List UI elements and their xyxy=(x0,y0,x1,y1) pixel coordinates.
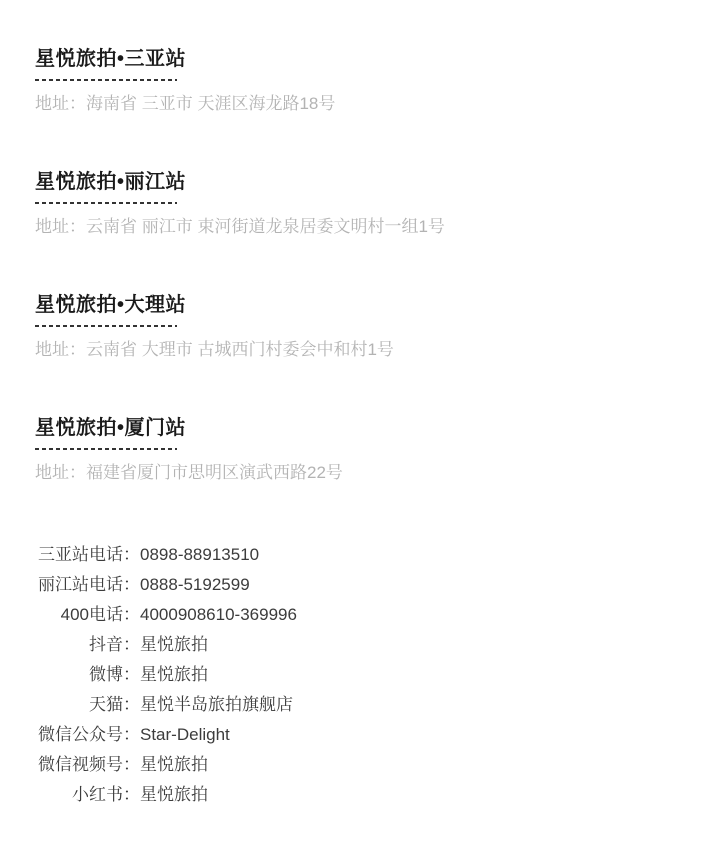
station-section-sanya: 星悦旅拍•三亚站 地址：海南省 三亚市 天涯区海龙路18号 xyxy=(35,48,690,114)
contact-value: 4000908610-369996 xyxy=(140,600,297,630)
station-title: 星悦旅拍•大理站 xyxy=(35,294,690,316)
contact-row-lijiang-phone: 丽江站电话： 0888-5192599 xyxy=(35,570,690,600)
contact-value: 星悦旅拍 xyxy=(140,780,208,810)
contact-label: 抖音： xyxy=(35,630,140,660)
dashed-divider xyxy=(35,202,177,204)
contact-value: 0888-5192599 xyxy=(140,570,250,600)
contact-row-weibo: 微博： 星悦旅拍 xyxy=(35,660,690,690)
station-address: 地址：福建省厦门市思明区演武西路22号 xyxy=(35,463,690,483)
contact-value: 星悦旅拍 xyxy=(140,630,208,660)
contact-row-douyin: 抖音： 星悦旅拍 xyxy=(35,630,690,660)
contact-label: 三亚站电话： xyxy=(35,540,140,570)
contact-label: 400电话： xyxy=(35,600,140,630)
contact-row-400-phone: 400电话： 4000908610-369996 xyxy=(35,600,690,630)
station-address: 地址：云南省 大理市 古城西门村委会中和村1号 xyxy=(35,340,690,360)
contact-row-wechat-video: 微信视频号： 星悦旅拍 xyxy=(35,750,690,780)
station-address: 地址：海南省 三亚市 天涯区海龙路18号 xyxy=(35,94,690,114)
contact-row-sanya-phone: 三亚站电话： 0898-88913510 xyxy=(35,540,690,570)
station-section-xiamen: 星悦旅拍•厦门站 地址：福建省厦门市思明区演武西路22号 xyxy=(35,417,690,483)
contact-row-wechat-official: 微信公众号： Star-Delight xyxy=(35,720,690,750)
contact-value: 星悦半岛旅拍旗舰店 xyxy=(140,690,293,720)
contact-value: Star-Delight xyxy=(140,720,230,750)
contact-row-tmall: 天猫： 星悦半岛旅拍旗舰店 xyxy=(35,690,690,720)
station-title: 星悦旅拍•厦门站 xyxy=(35,417,690,439)
contact-label: 微博： xyxy=(35,660,140,690)
contact-row-xiaohongshu: 小红书： 星悦旅拍 xyxy=(35,780,690,810)
contact-value: 星悦旅拍 xyxy=(140,750,208,780)
contact-label: 微信视频号： xyxy=(35,750,140,780)
station-section-dali: 星悦旅拍•大理站 地址：云南省 大理市 古城西门村委会中和村1号 xyxy=(35,294,690,360)
contact-label: 小红书： xyxy=(35,780,140,810)
station-title: 星悦旅拍•三亚站 xyxy=(35,48,690,70)
dashed-divider xyxy=(35,325,177,327)
contact-value: 星悦旅拍 xyxy=(140,660,208,690)
station-address: 地址：云南省 丽江市 束河街道龙泉居委文明村一组1号 xyxy=(35,217,690,237)
contact-value: 0898-88913510 xyxy=(140,540,259,570)
dashed-divider xyxy=(35,448,177,450)
contact-list: 三亚站电话： 0898-88913510 丽江站电话： 0888-5192599… xyxy=(35,540,690,810)
page-root: 星悦旅拍•三亚站 地址：海南省 三亚市 天涯区海龙路18号 星悦旅拍•丽江站 地… xyxy=(0,0,720,810)
dashed-divider xyxy=(35,79,177,81)
station-title: 星悦旅拍•丽江站 xyxy=(35,171,690,193)
contact-label: 微信公众号： xyxy=(35,720,140,750)
station-section-lijiang: 星悦旅拍•丽江站 地址：云南省 丽江市 束河街道龙泉居委文明村一组1号 xyxy=(35,171,690,237)
contact-label: 丽江站电话： xyxy=(35,570,140,600)
contact-label: 天猫： xyxy=(35,690,140,720)
